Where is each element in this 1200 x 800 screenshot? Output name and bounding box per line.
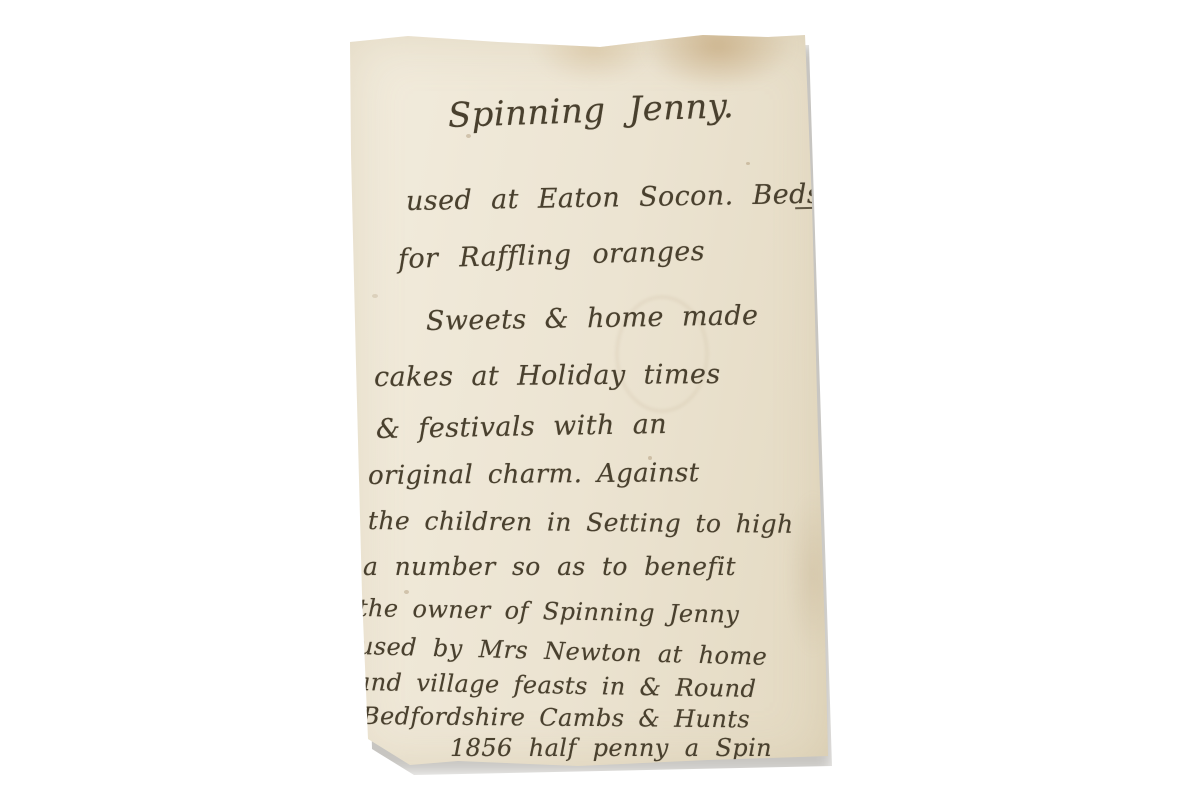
note-line: and village feasts in & Round bbox=[356, 668, 757, 703]
note-line: used by Mrs Newton at home bbox=[358, 632, 768, 671]
note-line: Sweets & home made bbox=[426, 300, 759, 337]
note-line: Bedfordshire Cambs & Hunts bbox=[362, 702, 750, 733]
note-title: Spinning Jenny. bbox=[447, 86, 734, 136]
photo-background: Spinning Jenny. used at Eaton Socon. Bed… bbox=[0, 0, 1200, 800]
note-line: for Raffling oranges bbox=[398, 236, 706, 275]
note-line: & festivals with an bbox=[376, 409, 668, 445]
note-lines: Spinning Jenny. used at Eaton Socon. Bed… bbox=[348, 34, 830, 768]
note-line: the children in Setting to high bbox=[368, 506, 794, 539]
handwritten-note-paper: Spinning Jenny. used at Eaton Socon. Bed… bbox=[348, 34, 830, 768]
note-line: used at Eaton Socon. Beds bbox=[406, 179, 822, 217]
note-line: the owner of Spinning Jenny bbox=[358, 594, 740, 629]
note-line: original charm. Against bbox=[368, 458, 700, 491]
note-line: a number so as to benefit bbox=[363, 552, 736, 581]
note-line: 1856 half penny a Spin bbox=[450, 734, 772, 762]
note-line: cakes at Holiday times bbox=[374, 359, 721, 393]
